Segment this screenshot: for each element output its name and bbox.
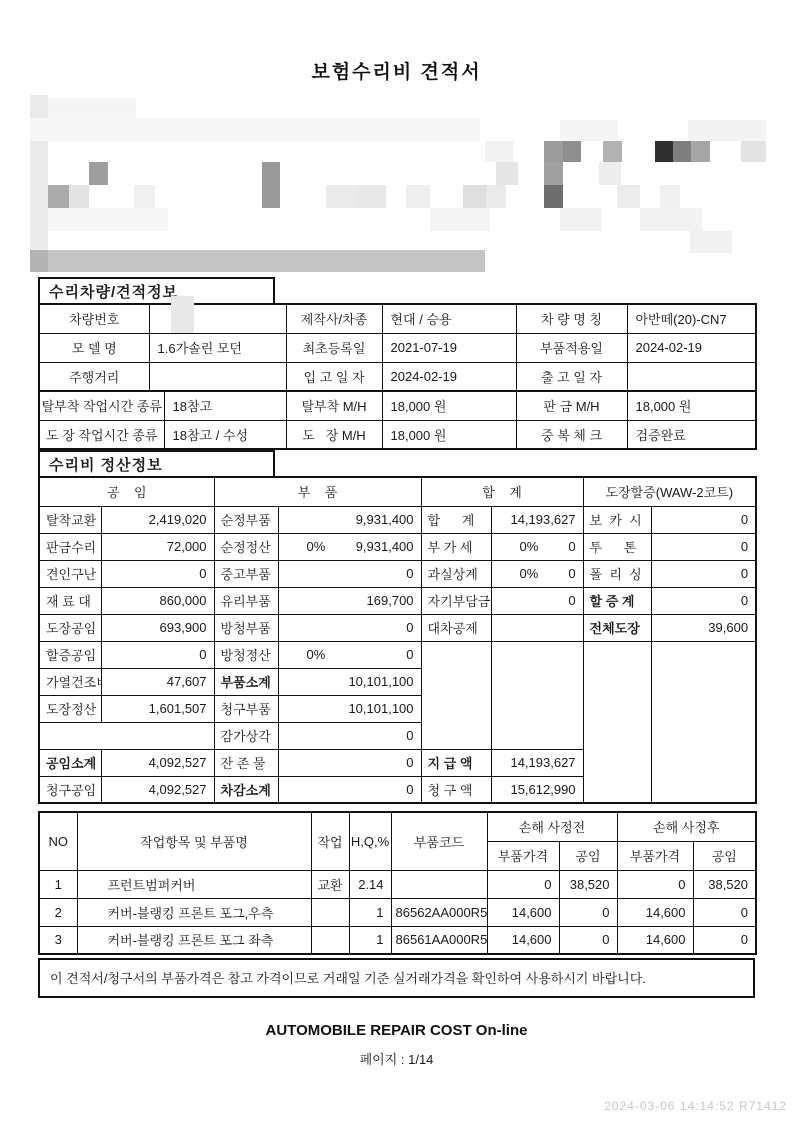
label-cell: 도장정산 [39, 695, 101, 722]
label-cell: 합 계 [421, 506, 491, 533]
amount-cell: 1,601,507 [101, 695, 214, 722]
label-cell: 재 료 대 [39, 587, 101, 614]
vehicle-info-table-upper: 차량번호 제작사/차종 현대 / 승용 차 량 명 칭 아반떼(20)-CN7 … [38, 303, 757, 392]
label-cell: 유리부품 [214, 587, 278, 614]
label-cell: 탈착교환 [39, 506, 101, 533]
payment-amount-label: 지 급 액 [421, 749, 491, 776]
work-item-row: 2 커버-블랭킹 프론트 포그,우측 1 86562AA000R5T 14,60… [39, 898, 756, 926]
amount-cell: 9,931,400 [278, 506, 421, 533]
amount-cell [491, 614, 583, 641]
percent-value: 0% [520, 566, 539, 581]
amount-value: 0 [568, 539, 575, 554]
item-name-column-header: 작업항목 및 부품명 [77, 812, 311, 870]
table-row: 할증공임 0 방청정산 0%0 [39, 641, 756, 668]
amount-cell: 169,700 [278, 587, 421, 614]
amount-cell: 0 [278, 722, 421, 749]
empty-cell [583, 641, 651, 803]
item-code: 86562AA000R5T [391, 898, 487, 926]
amount-cell: 0 [278, 749, 421, 776]
item-no: 1 [39, 870, 77, 898]
empty-cell [39, 722, 214, 749]
surcharge-total-label: 할 증 계 [583, 587, 651, 614]
table-row: 도 장 작업시간 종류 18참고 / 수성 도 장 M/H 18,000 원 중… [39, 420, 756, 449]
item-after-labor: 0 [693, 926, 756, 954]
paint-mh-label: 도 장 M/H [286, 420, 382, 449]
mileage-value [149, 362, 286, 391]
label-cell: 순정정산 [214, 533, 278, 560]
deduction-subtotal-label: 차감소계 [214, 776, 278, 803]
vehicle-section-title: 수리차량/견적정보 [49, 281, 178, 302]
parts-subtotal-label: 부품소계 [214, 668, 278, 695]
item-work: 교환 [311, 870, 349, 898]
item-before-price: 14,600 [487, 898, 559, 926]
no-column-header: NO [39, 812, 77, 870]
table-row: 견인구난 0 중고부품 0 과실상계 0%0 폴 리 싱 0 [39, 560, 756, 587]
settlement-section-tab: 수리비 정산정보 [38, 450, 275, 476]
label-cell: 가열건조비 [39, 668, 101, 695]
plate-number-label: 차량번호 [39, 304, 149, 333]
model-name-label: 모 델 명 [39, 333, 149, 362]
label-cell: 방청부품 [214, 614, 278, 641]
label-cell: 감가상각 [214, 722, 278, 749]
labor-header: 공임 [559, 841, 617, 870]
amount-cell: 15,612,990 [491, 776, 583, 803]
vehicle-name-value: 아반떼(20)-CN7 [627, 304, 756, 333]
duplicate-check-value: 검증완료 [627, 420, 756, 449]
label-cell: 판금수리 [39, 533, 101, 560]
empty-cell [421, 641, 491, 749]
amount-cell: 0 [491, 587, 583, 614]
vehicle-info-table-lower: 탈부착 작업시간 종류 18참고 탈부착 M/H 18,000 원 판 금 M/… [38, 390, 757, 450]
label-cell: 잔 존 물 [214, 749, 278, 776]
amount-value: 9,931,400 [356, 539, 414, 554]
amount-cell: 14,193,627 [491, 506, 583, 533]
plate-number-value [149, 304, 286, 333]
paint-time-type-value: 18참고 / 수성 [164, 420, 286, 449]
amount-value: 0 [568, 566, 575, 581]
after-assessment-header: 손해 사정후 [617, 812, 756, 841]
label-cell: 투 톤 [583, 533, 651, 560]
work-item-row: 1 프런트범퍼커버 교환 2.14 0 38,520 0 38,520 [39, 870, 756, 898]
remove-install-mh-label: 탈부착 M/H [286, 391, 382, 420]
label-cell: 할증공임 [39, 641, 101, 668]
model-name-value: 1.6가솔린 모던 [149, 333, 286, 362]
label-cell: 과실상계 [421, 560, 491, 587]
first-reg-date-label: 최초등록일 [286, 333, 382, 362]
paint-time-type-label: 도 장 작업시간 종류 [39, 420, 164, 449]
table-row: 탈착교환 2,419,020 순정부품 9,931,400 합 계 14,193… [39, 506, 756, 533]
item-before-price: 14,600 [487, 926, 559, 954]
mileage-label: 주행거리 [39, 362, 149, 391]
amount-cell: 72,000 [101, 533, 214, 560]
label-cell: 견인구난 [39, 560, 101, 587]
amount-cell: 4,092,527 [101, 749, 214, 776]
table-row: 판금수리 72,000 순정정산 0%9,931,400 부 가 세 0%0 투… [39, 533, 756, 560]
vehicle-section-tab: 수리차량/견적정보 [38, 277, 275, 303]
hq-column-header: H,Q,% [349, 812, 391, 870]
label-cell: 부 가 세 [421, 533, 491, 560]
empty-cell [651, 641, 756, 803]
work-item-row: 3 커버-블랭킹 프론트 포그 좌측 1 86561AA000R5T 14,60… [39, 926, 756, 954]
in-date-label: 입 고 일 자 [286, 362, 382, 391]
amount-cell: 0 [651, 587, 756, 614]
item-name: 커버-블랭킹 프론트 포그 좌측 [77, 926, 311, 954]
sheet-metal-mh-value: 18,000 원 [627, 391, 756, 420]
table-header-row: NO 작업항목 및 부품명 작업 H,Q,% 부품코드 손해 사정전 손해 사정… [39, 812, 756, 841]
labor-header: 공임 [693, 841, 756, 870]
label-cell: 방청정산 [214, 641, 278, 668]
amount-value: 0 [406, 647, 413, 662]
item-after-labor: 38,520 [693, 870, 756, 898]
page-number: 페이지 : 1/14 [0, 1049, 793, 1068]
out-date-value [627, 362, 756, 391]
parts-price-header: 부품가격 [617, 841, 693, 870]
remove-install-time-type-label: 탈부착 작업시간 종류 [39, 391, 164, 420]
label-cell: 청구부품 [214, 695, 278, 722]
amount-cell: 693,900 [101, 614, 214, 641]
amount-cell: 39,600 [651, 614, 756, 641]
percent-value: 0% [307, 647, 326, 662]
parts-apply-date-value: 2024-02-19 [627, 333, 756, 362]
parts-price-header: 부품가격 [487, 841, 559, 870]
labor-subtotal-label: 공임소계 [39, 749, 101, 776]
part-code-column-header: 부품코드 [391, 812, 487, 870]
amount-cell: 14,193,627 [491, 749, 583, 776]
settlement-table: 공 임 부 품 합 계 도장할증(WAW-2코트) 탈착교환 2,419,020… [38, 476, 757, 804]
whole-paint-label: 전체도장 [583, 614, 651, 641]
paint-mh-value: 18,000 원 [382, 420, 516, 449]
table-row: 주행거리 입 고 일 자 2024-02-19 출 고 일 자 [39, 362, 756, 391]
amount-cell: 0 [278, 560, 421, 587]
amount-cell: 0%9,931,400 [278, 533, 421, 560]
table-row: 모 델 명 1.6가솔린 모던 최초등록일 2021-07-19 부품적용일 2… [39, 333, 756, 362]
parts-group-header: 부 품 [214, 477, 421, 506]
amount-cell: 10,101,100 [278, 668, 421, 695]
claim-amount-label: 청 구 액 [421, 776, 491, 803]
label-cell: 자기부담금 [421, 587, 491, 614]
amount-cell: 0 [651, 506, 756, 533]
item-after-price: 0 [617, 870, 693, 898]
remove-install-mh-value: 18,000 원 [382, 391, 516, 420]
work-items-table: NO 작업항목 및 부품명 작업 H,Q,% 부품코드 손해 사정전 손해 사정… [38, 811, 757, 955]
labor-group-header: 공 임 [39, 477, 214, 506]
table-header-row: 공 임 부 품 합 계 도장할증(WAW-2코트) [39, 477, 756, 506]
settlement-section-title: 수리비 정산정보 [49, 454, 163, 475]
item-no: 2 [39, 898, 77, 926]
item-no: 3 [39, 926, 77, 954]
amount-cell: 0 [278, 776, 421, 803]
amount-cell: 0%0 [278, 641, 421, 668]
empty-cell [491, 641, 583, 749]
sheet-metal-mh-label: 판 금 M/H [516, 391, 627, 420]
table-row: 차량번호 제작사/차종 현대 / 승용 차 량 명 칭 아반떼(20)-CN7 [39, 304, 756, 333]
item-code [391, 870, 487, 898]
paint-surcharge-group-header: 도장할증(WAW-2코트) [583, 477, 756, 506]
amount-cell: 4,092,527 [101, 776, 214, 803]
amount-cell: 0%0 [491, 560, 583, 587]
item-after-price: 14,600 [617, 926, 693, 954]
item-work [311, 898, 349, 926]
item-before-labor: 0 [559, 898, 617, 926]
item-after-labor: 0 [693, 898, 756, 926]
item-name: 프런트범퍼커버 [77, 870, 311, 898]
print-timestamp: 2024-03-06 14:14:52 R71412 [0, 1099, 787, 1113]
duplicate-check-label: 중 복 체 크 [516, 420, 627, 449]
amount-cell: 2,419,020 [101, 506, 214, 533]
label-cell: 폴 리 싱 [583, 560, 651, 587]
item-name: 커버-블랭킹 프론트 포그,우측 [77, 898, 311, 926]
item-hq: 1 [349, 926, 391, 954]
amount-cell: 0 [651, 533, 756, 560]
label-cell: 순정부품 [214, 506, 278, 533]
amount-cell: 0 [101, 641, 214, 668]
amount-cell: 47,607 [101, 668, 214, 695]
total-group-header: 합 계 [421, 477, 583, 506]
amount-cell: 10,101,100 [278, 695, 421, 722]
item-code: 86561AA000R5T [391, 926, 487, 954]
estimate-document-page: 보험수리비 견적서 수리차량/견적정보 차량번호 제작사/차종 현대 / 승용 … [0, 0, 793, 1123]
item-work [311, 926, 349, 954]
parts-apply-date-label: 부품적용일 [516, 333, 627, 362]
item-hq: 2.14 [349, 870, 391, 898]
before-assessment-header: 손해 사정전 [487, 812, 617, 841]
notice-box: 이 견적서/청구서의 부품가격은 참고 가격이므로 거래일 기준 실거래가격을 … [38, 958, 755, 998]
item-after-price: 14,600 [617, 898, 693, 926]
label-cell: 대차공제 [421, 614, 491, 641]
vehicle-name-label: 차 량 명 칭 [516, 304, 627, 333]
amount-cell: 0 [278, 614, 421, 641]
table-row: 도장공임 693,900 방청부품 0 대차공제 전체도장 39,600 [39, 614, 756, 641]
label-cell: 도장공임 [39, 614, 101, 641]
table-row: 탈부착 작업시간 종류 18참고 탈부착 M/H 18,000 원 판 금 M/… [39, 391, 756, 420]
percent-value: 0% [520, 539, 539, 554]
remove-install-time-type-value: 18참고 [164, 391, 286, 420]
item-hq: 1 [349, 898, 391, 926]
item-before-price: 0 [487, 870, 559, 898]
maker-type-label: 제작사/차종 [286, 304, 382, 333]
item-before-labor: 38,520 [559, 870, 617, 898]
item-before-labor: 0 [559, 926, 617, 954]
table-row: 재 료 대 860,000 유리부품 169,700 자기부담금 0 할 증 계… [39, 587, 756, 614]
label-cell: 중고부품 [214, 560, 278, 587]
amount-cell: 0%0 [491, 533, 583, 560]
document-title: 보험수리비 견적서 [0, 57, 793, 84]
notice-text: 이 견적서/청구서의 부품가격은 참고 가격이므로 거래일 기준 실거래가격을 … [50, 971, 646, 986]
first-reg-date-value: 2021-07-19 [382, 333, 516, 362]
in-date-value: 2024-02-19 [382, 362, 516, 391]
label-cell: 청구공임 [39, 776, 101, 803]
footer-brand: AUTOMOBILE REPAIR COST On-line [0, 1022, 793, 1039]
amount-cell: 0 [101, 560, 214, 587]
amount-cell: 0 [651, 560, 756, 587]
percent-value: 0% [307, 539, 326, 554]
out-date-label: 출 고 일 자 [516, 362, 627, 391]
amount-cell: 860,000 [101, 587, 214, 614]
maker-type-value: 현대 / 승용 [382, 304, 516, 333]
work-column-header: 작업 [311, 812, 349, 870]
label-cell: 보 카 시 [583, 506, 651, 533]
